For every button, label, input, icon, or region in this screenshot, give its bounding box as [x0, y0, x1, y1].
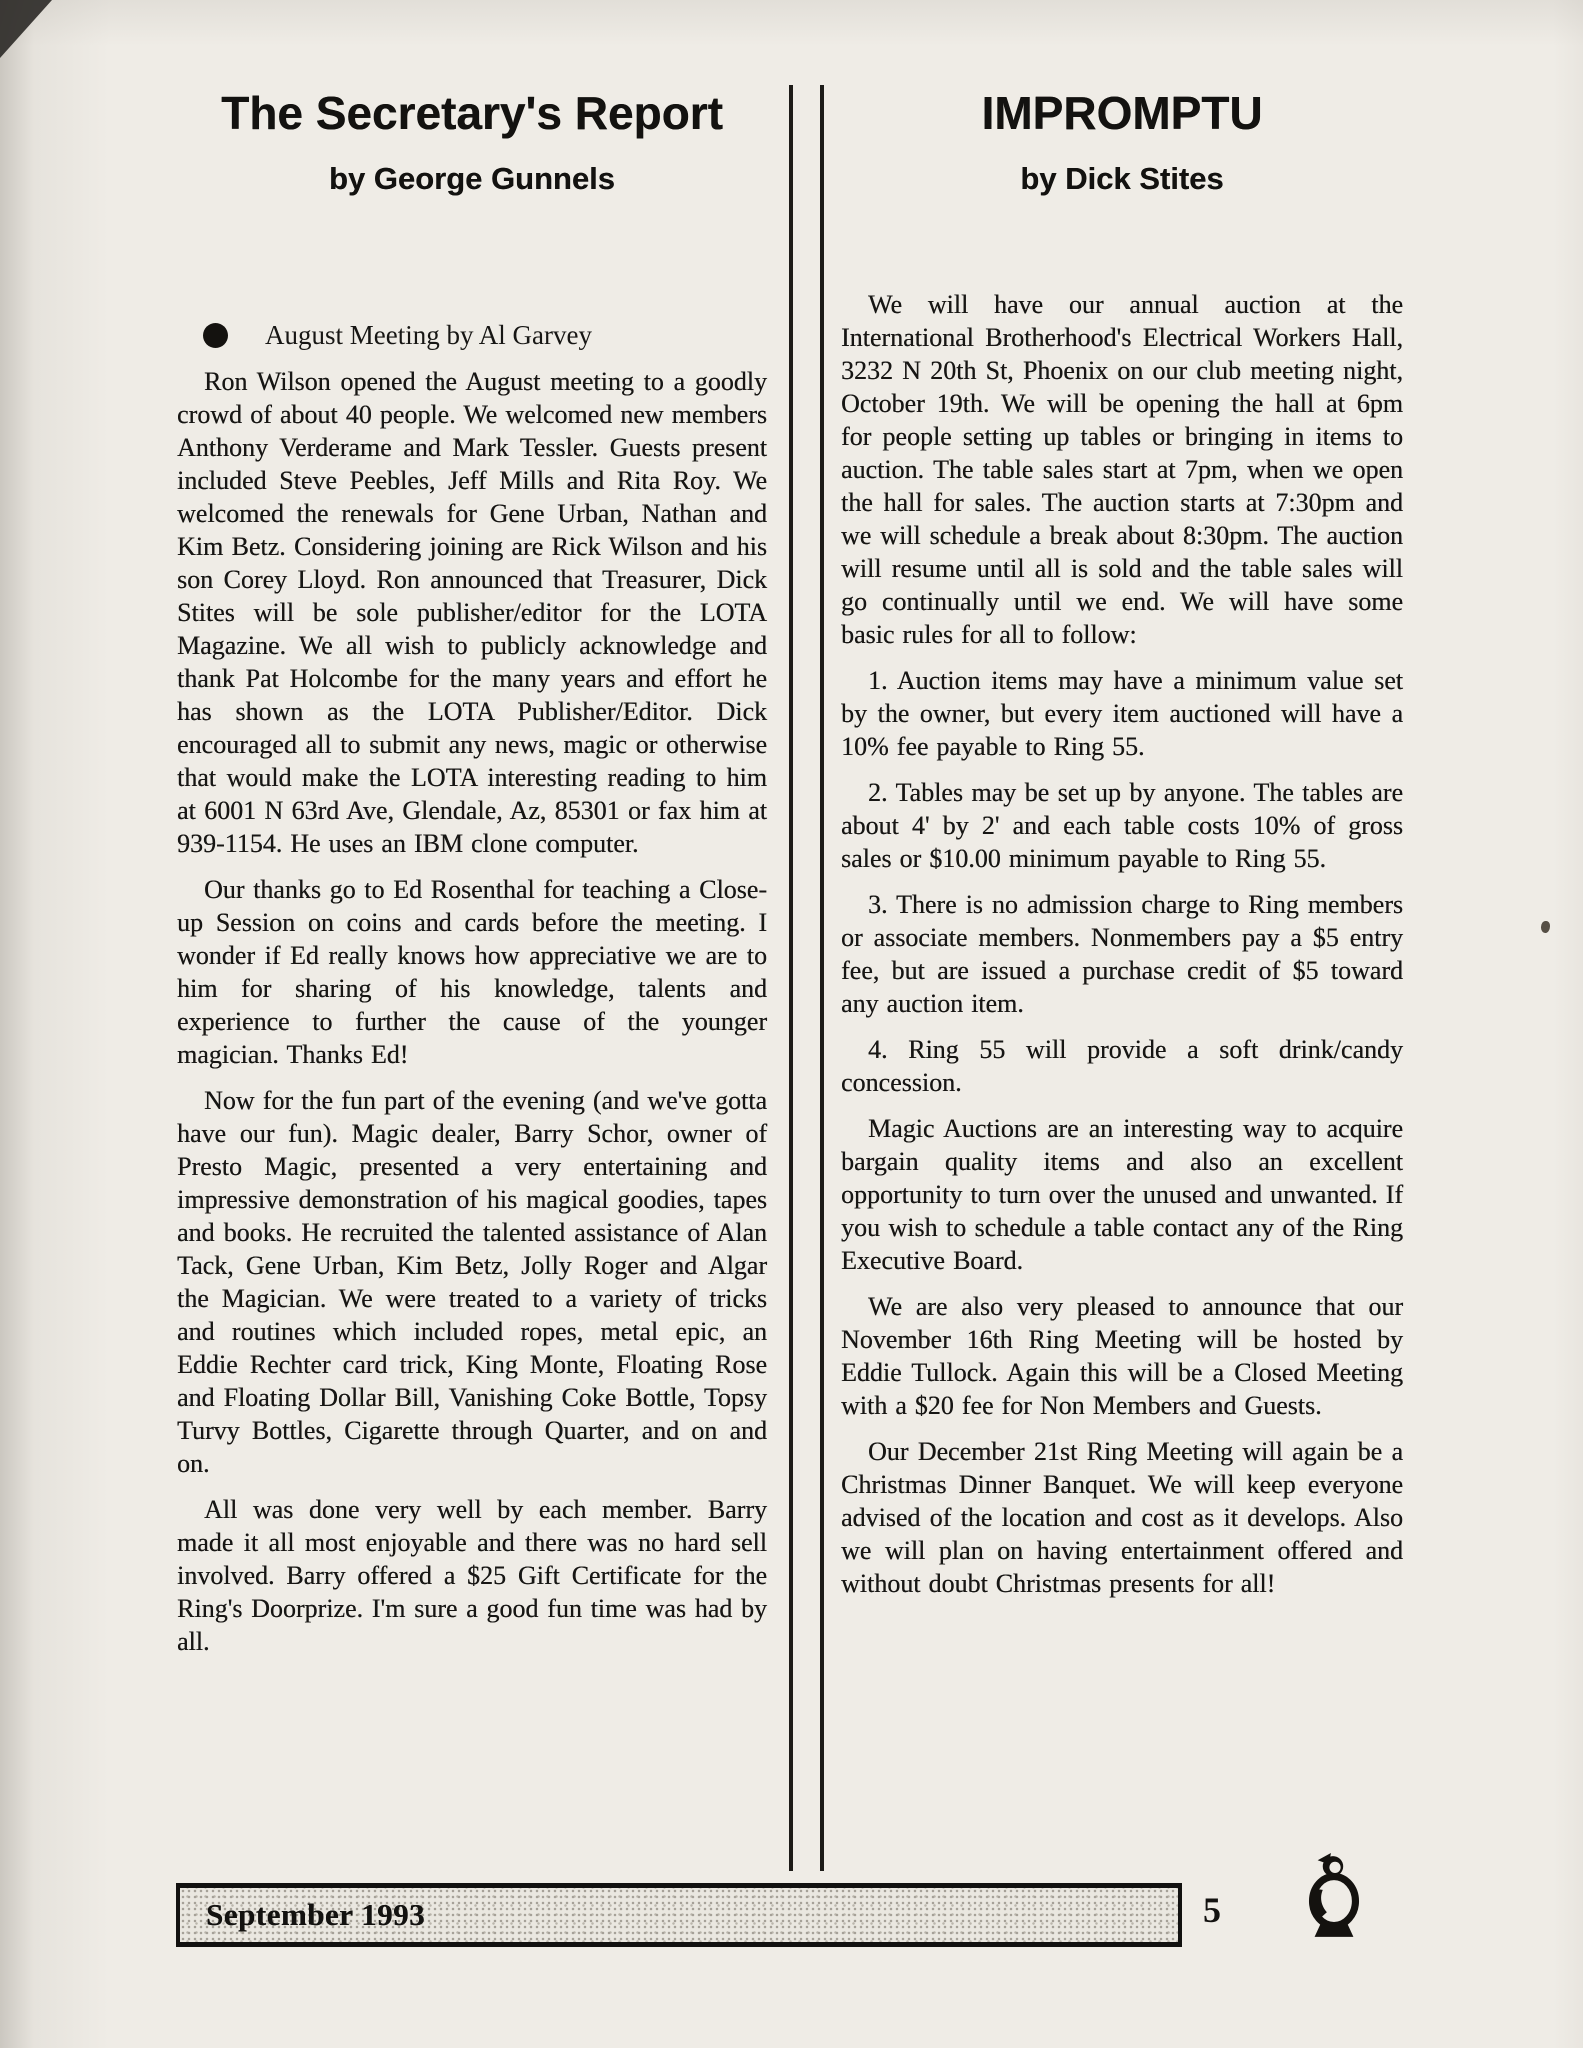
right-column-body: We will have our annual auction at the I… — [841, 288, 1403, 1600]
body-paragraph: Magic Auctions are an interesting way to… — [841, 1112, 1403, 1277]
right-article-title: IMPROMPTU — [841, 88, 1403, 138]
bullet-heading-row: August Meeting by Al Garvey — [177, 318, 767, 352]
body-paragraph: We will have our annual auction at the I… — [841, 288, 1403, 651]
body-paragraph: 4. Ring 55 will provide a soft drink/can… — [841, 1033, 1403, 1099]
bullet-heading-text: August Meeting by Al Garvey — [265, 318, 592, 352]
page-number: 5 — [1203, 1889, 1221, 1931]
newsletter-page: The Secretary's Report by George Gunnels… — [0, 0, 1583, 2048]
scan-speck-artifact — [1541, 921, 1550, 933]
left-article-byline: by George Gunnels — [177, 162, 767, 196]
left-column: The Secretary's Report by George Gunnels… — [177, 88, 767, 1671]
body-paragraph: Ron Wilson opened the August meeting to … — [177, 365, 767, 860]
body-paragraph: 2. Tables may be set up by anyone. The t… — [841, 776, 1403, 875]
body-paragraph: 3. There is no admission charge to Ring … — [841, 888, 1403, 1020]
bullet-icon — [203, 323, 228, 348]
body-paragraph: All was done very well by each member. B… — [177, 1493, 767, 1658]
left-article-title: The Secretary's Report — [177, 88, 767, 138]
column-divider-line-left — [789, 85, 793, 1871]
scan-corner-artifact — [0, 0, 52, 58]
left-column-body: Ron Wilson opened the August meeting to … — [177, 365, 767, 1658]
body-paragraph: Our thanks go to Ed Rosenthal for teachi… — [177, 873, 767, 1071]
footer-issue-bar: September 1993 — [176, 1883, 1182, 1947]
column-divider-line-right — [820, 85, 824, 1871]
issue-date-label: September 1993 — [180, 1897, 425, 1933]
body-paragraph: Our December 21st Ring Meeting will agai… — [841, 1435, 1403, 1600]
right-column: IMPROMPTU by Dick Stites We will have ou… — [841, 88, 1403, 1613]
body-paragraph: Now for the fun part of the evening (and… — [177, 1084, 767, 1480]
right-article-byline: by Dick Stites — [841, 162, 1403, 196]
penguin-icon — [1303, 1851, 1365, 1945]
body-paragraph: We are also very pleased to announce tha… — [841, 1290, 1403, 1422]
body-paragraph: 1. Auction items may have a minimum valu… — [841, 664, 1403, 763]
